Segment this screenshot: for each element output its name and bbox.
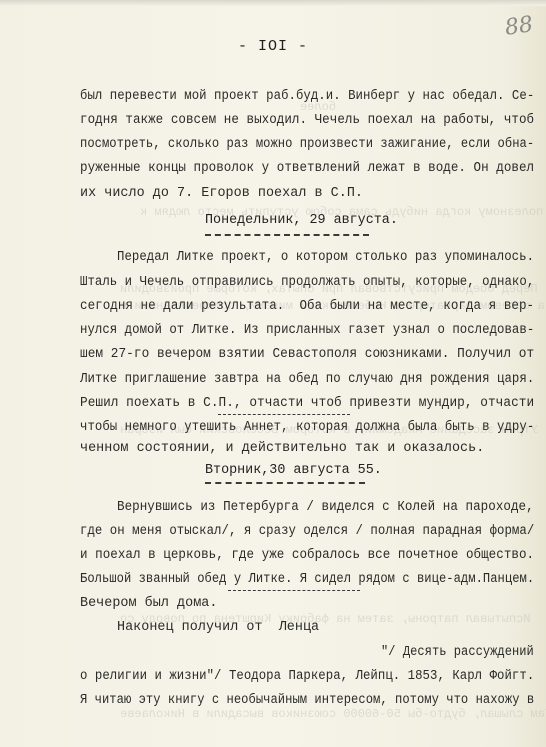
heading-underline	[205, 234, 369, 236]
bleed-through-text: Там слышал, будто-бы 50-60000 союзников …	[120, 707, 546, 721]
text-line: Передал Литке проект, о котором столько …	[117, 250, 534, 266]
text-line: руженные концы проволок у ответвлений ле…	[80, 161, 534, 177]
text-line: посмотреть, сколько раз можно произвести…	[80, 137, 534, 153]
text-line: Вечером был дома.	[80, 596, 217, 612]
text-line: Решил поехать в С.П., отчасти чтоб приве…	[80, 396, 534, 412]
entry-heading: Понедельник, 29 августа.	[205, 213, 398, 229]
document-page: более бов к полезному когда нибудь сама …	[0, 0, 546, 747]
text-line: шем 27-го вечером взятии Севастополя сою…	[80, 347, 534, 363]
text-line: "/ Десять рассуждений	[381, 645, 534, 661]
text-line: Вернувшись из Петербурга / виделся с Кол…	[117, 500, 534, 516]
text-line: Я читаю эту книгу с необычайным интересо…	[80, 693, 534, 709]
heading-underline	[205, 482, 365, 484]
text-line: нулся домой от Литке. Из присланных газе…	[80, 323, 534, 339]
text-line: Шталь и Чечель отправились продолжать оп…	[80, 275, 534, 291]
page-number: - IOI -	[0, 38, 546, 55]
text-underline	[228, 590, 360, 591]
text-line: чтобы немного утешить Аннет, которая дол…	[80, 420, 534, 436]
text-line: о религии и жизни"/ Теодора Паркера, Лей…	[80, 669, 534, 685]
text-line: ченном состоянии, и действительно так и …	[80, 441, 484, 457]
text-line: их число до 7. Егоров поехал в С.П.	[80, 186, 363, 202]
text-line: Наконец получил от Ленца	[117, 620, 319, 636]
text-underline	[218, 414, 350, 415]
text-line: где он меня отыскал/, я сразу оделся / п…	[80, 524, 534, 540]
text-line: Большой званный обед у Литке. Я сидел ря…	[80, 572, 534, 588]
archive-folio-number: 88	[503, 12, 534, 41]
text-line: Литке приглашение завтра на обед по случ…	[80, 372, 534, 388]
text-line: и поехал в церковь, где уже собралось вс…	[80, 548, 534, 564]
text-line: годня также совсем не выходил. Чечель по…	[80, 113, 534, 129]
entry-heading: Вторник,30 августа 55.	[205, 463, 382, 479]
text-line: был перевести мой проект раб.буд.и. Винб…	[80, 89, 534, 105]
text-line: сегодня не дали результата. Оба были на …	[80, 299, 534, 315]
